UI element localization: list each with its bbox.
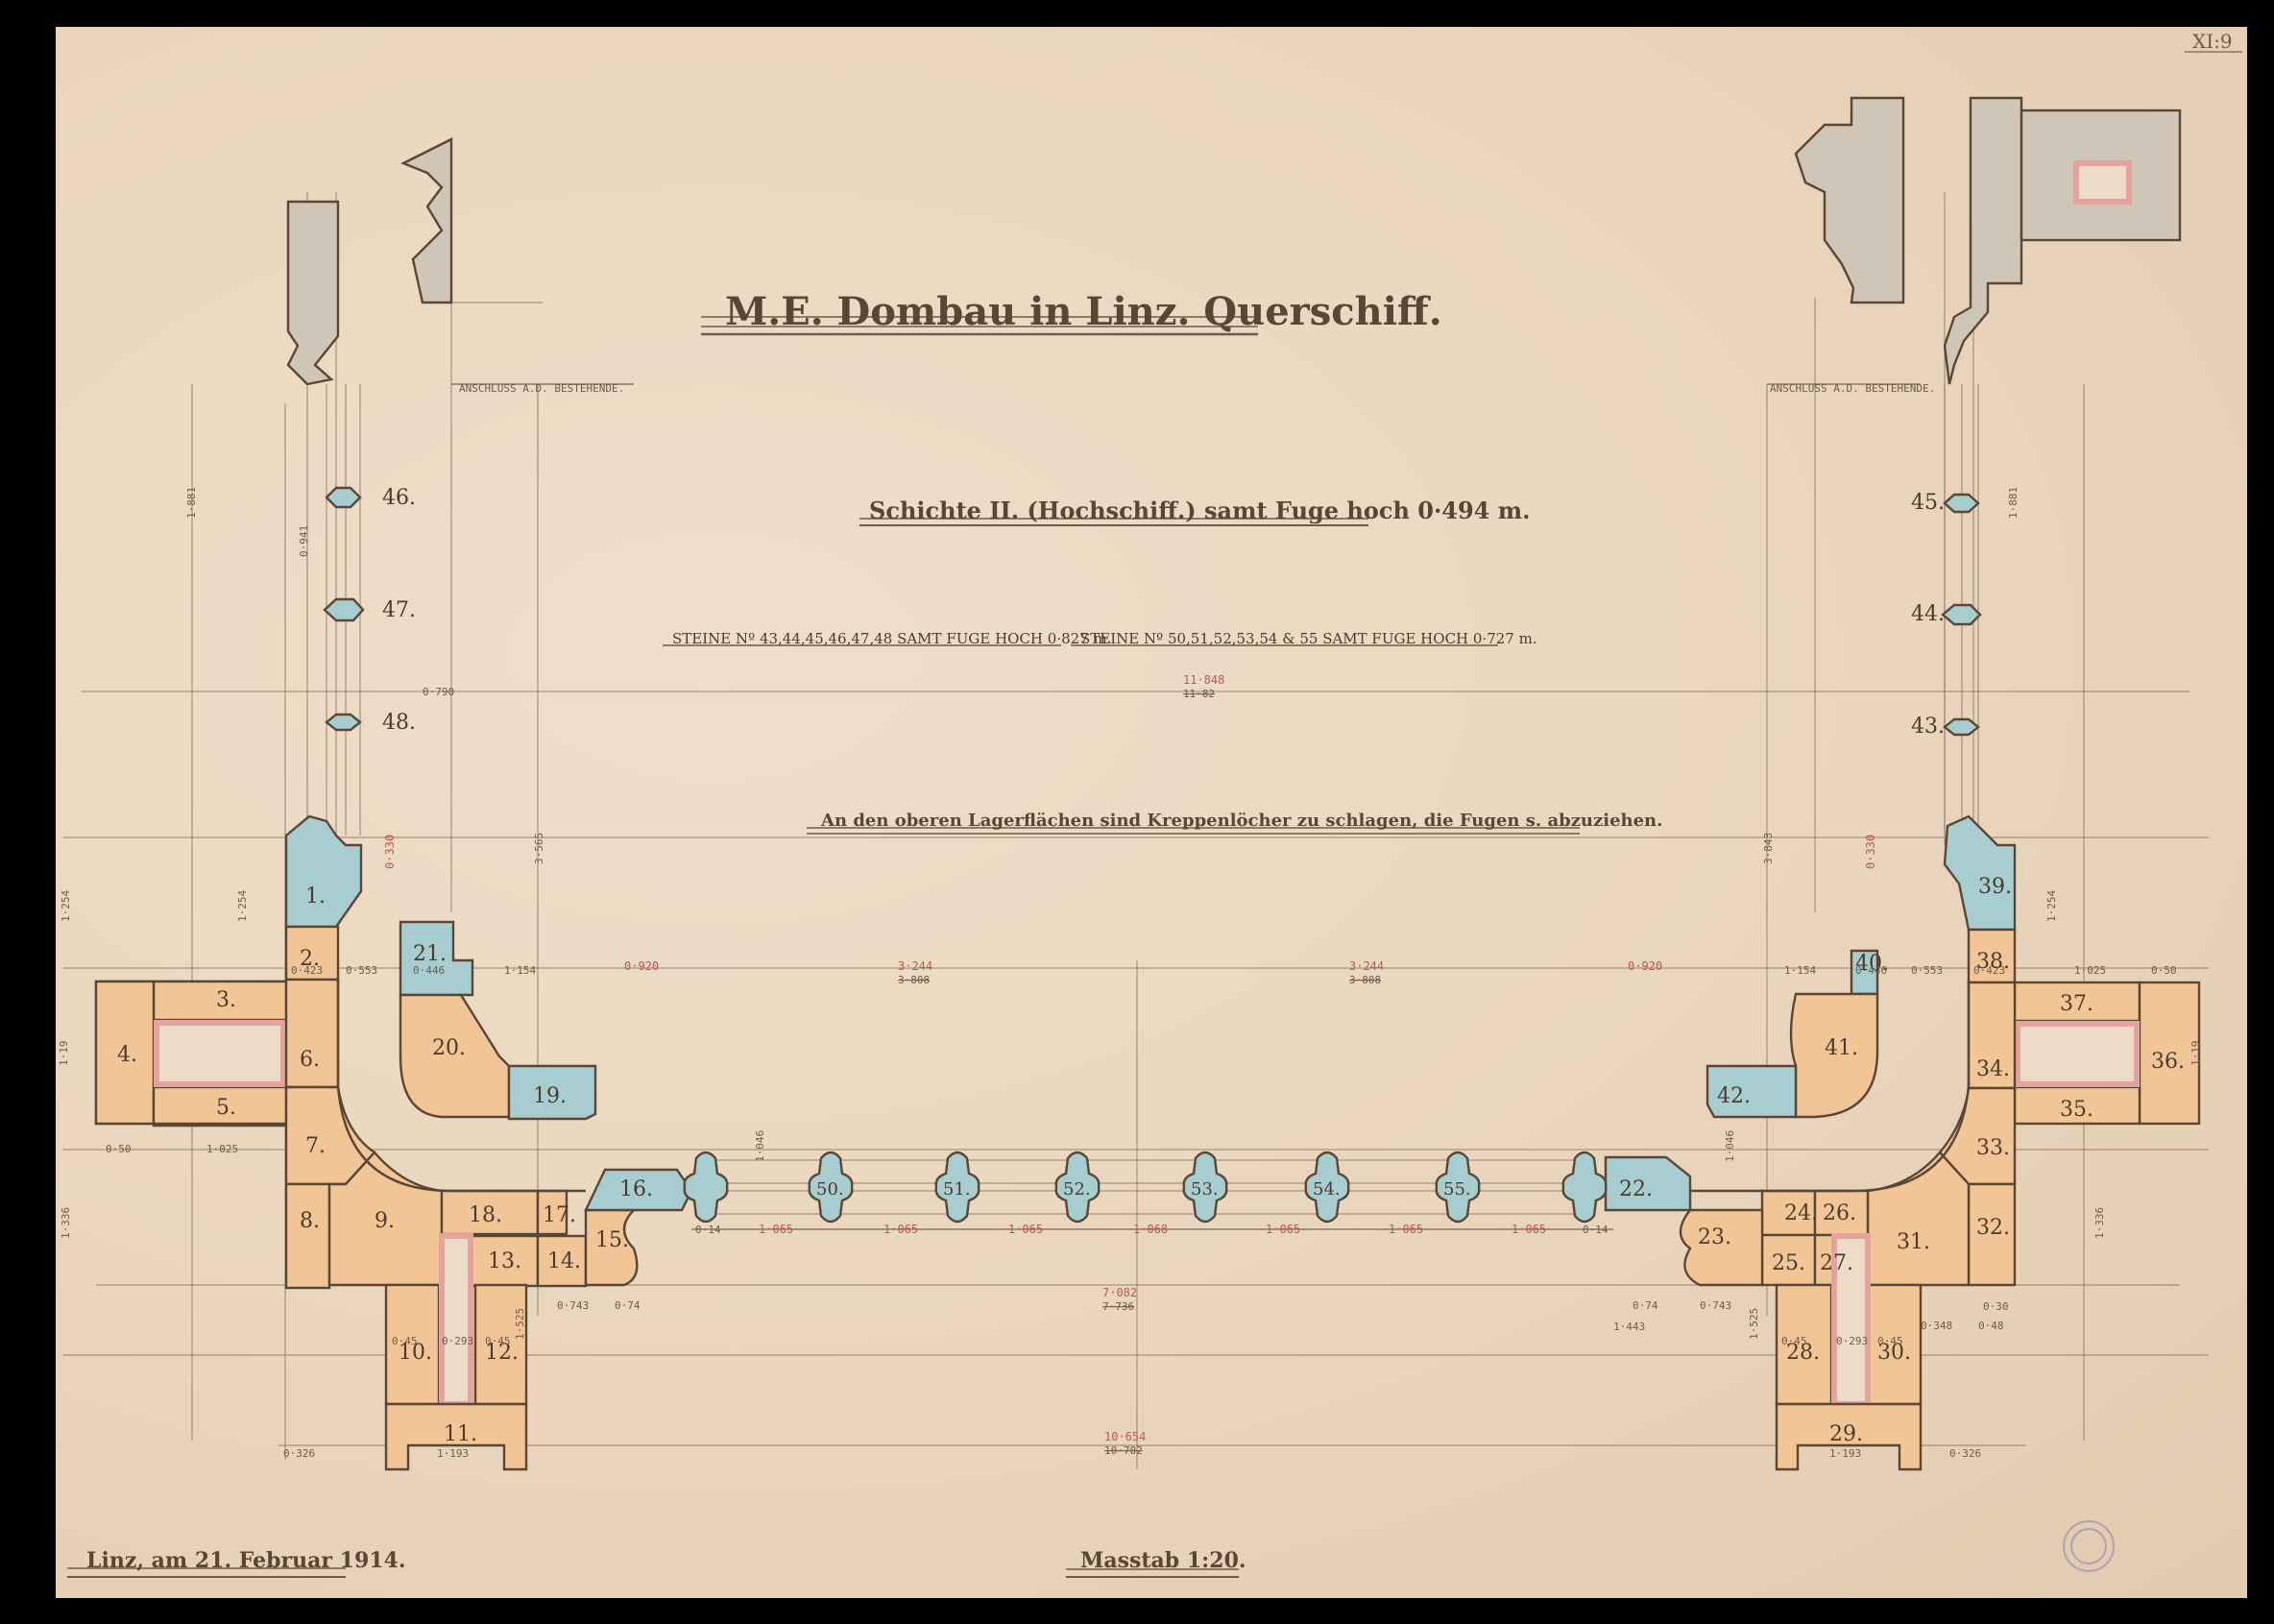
svg-text:7.: 7.	[305, 1134, 326, 1158]
svg-text:0·14: 0·14	[695, 1224, 721, 1236]
svg-text:14.: 14.	[547, 1249, 581, 1273]
svg-text:0·45: 0·45	[1781, 1335, 1807, 1347]
svg-text:29.: 29.	[1829, 1422, 1863, 1446]
stone-31	[1868, 1152, 1969, 1285]
svg-text:0·423: 0·423	[1973, 964, 2005, 977]
svg-text:24.: 24.	[1784, 1201, 1818, 1225]
svg-text:1·154: 1·154	[1784, 964, 1816, 977]
svg-text:21.: 21.	[413, 942, 447, 966]
svg-text:11·82: 11·82	[1183, 688, 1215, 700]
upper-stones-right: 45. 44. 43. 1·881	[1911, 384, 2020, 836]
svg-text:0·920: 0·920	[624, 959, 659, 973]
svg-text:3·808: 3·808	[898, 974, 930, 986]
svg-text:32.: 32.	[1976, 1216, 2010, 1240]
svg-text:0·74: 0·74	[615, 1299, 641, 1312]
svg-text:15.: 15.	[595, 1228, 629, 1252]
existing-structure-left: ANSCHLUSS A.D. BESTEHENDE.	[288, 139, 634, 395]
svg-text:1·065: 1·065	[883, 1223, 918, 1236]
svg-text:1·19: 1·19	[2189, 1041, 2202, 1067]
svg-text:1·193: 1·193	[437, 1447, 469, 1460]
svg-text:1·025: 1·025	[2074, 964, 2106, 977]
svg-text:0·553: 0·553	[346, 964, 377, 977]
stone-44-label: 44.	[1911, 602, 1945, 626]
architectural-plan: XI:9 M.E. Dombau in Linz. Querschiff. Sc…	[0, 0, 2274, 1624]
svg-text:35.: 35.	[2060, 1098, 2093, 1122]
svg-text:0·74: 0·74	[1633, 1299, 1658, 1312]
svg-text:0·30: 0·30	[1983, 1300, 2009, 1313]
stone-39	[1945, 816, 2015, 930]
right-pier: 39. 38. 37. 36. 35. 34. 33. 32. 31. 24. …	[1606, 816, 2199, 1469]
svg-text:31.: 31.	[1897, 1230, 1930, 1254]
connection-label-right: ANSCHLUSS A.D. BESTEHENDE.	[1770, 382, 1935, 395]
sheet-number: XI:9	[2192, 30, 2233, 53]
svg-text:37.: 37.	[2060, 992, 2093, 1016]
void-center-left	[442, 1236, 471, 1404]
svg-text:1·068: 1·068	[1133, 1223, 1168, 1236]
svg-text:13.: 13.	[488, 1249, 521, 1273]
svg-text:27.: 27.	[1820, 1251, 1853, 1275]
stone-52-label: 52.	[1063, 1179, 1091, 1200]
svg-text:1·254: 1·254	[2045, 890, 2058, 922]
svg-text:0·45: 0·45	[392, 1335, 418, 1347]
svg-text:0·790: 0·790	[423, 686, 454, 698]
svg-text:0·50: 0·50	[2151, 964, 2177, 977]
stone-48-label: 48.	[382, 711, 416, 735]
svg-text:0·920: 0·920	[1628, 959, 1662, 973]
svg-text:10·654: 10·654	[1104, 1430, 1146, 1443]
svg-text:1·254: 1·254	[236, 890, 249, 922]
svg-text:36.: 36.	[2151, 1050, 2185, 1074]
svg-text:3·244: 3·244	[1349, 959, 1384, 973]
svg-text:18.: 18.	[469, 1203, 502, 1227]
stone-51-label: 51.	[943, 1179, 971, 1200]
svg-text:33.: 33.	[1976, 1136, 2010, 1160]
svg-text:0·423: 0·423	[291, 964, 323, 977]
void-left	[157, 1023, 283, 1084]
svg-text:1·065: 1·065	[1008, 1223, 1043, 1236]
svg-text:1·025: 1·025	[206, 1143, 238, 1155]
svg-text:20.: 20.	[432, 1036, 466, 1060]
svg-text:0·446: 0·446	[1855, 964, 1887, 977]
stone-45-label: 45.	[1911, 491, 1945, 515]
connection-label-left: ANSCHLUSS A.D. BESTEHENDE.	[459, 382, 624, 395]
drawing-title: M.E. Dombau in Linz. Querschiff.	[725, 289, 1442, 334]
svg-text:19.: 19.	[533, 1084, 567, 1108]
svg-text:41.: 41.	[1825, 1036, 1858, 1060]
svg-text:0·326: 0·326	[283, 1447, 315, 1460]
svg-text:16.: 16.	[619, 1177, 653, 1201]
svg-text:0·48: 0·48	[1978, 1320, 2004, 1332]
stone-47-label: 47.	[382, 598, 416, 622]
svg-text:0·14: 0·14	[1583, 1224, 1609, 1236]
svg-text:0·45: 0·45	[1877, 1335, 1903, 1347]
stones-note-right: STEINE Nº 50,51,52,53,54 & 55 SAMT FUGE …	[1080, 630, 1537, 647]
svg-text:1·065: 1·065	[1266, 1223, 1300, 1236]
svg-text:10·702: 10·702	[1104, 1444, 1143, 1457]
svg-text:0·50: 0·50	[106, 1143, 132, 1155]
stones-note-left: STEINE Nº 43,44,45,46,47,48 SAMT FUGE HO…	[672, 630, 1111, 647]
svg-text:3·565: 3·565	[533, 833, 545, 864]
svg-text:3.: 3.	[216, 988, 236, 1012]
left-pier: 1. 2. 3. 4. 5. 6. 7. 8. 9. 10. 11. 12. 1…	[96, 816, 691, 1469]
svg-text:1·525: 1·525	[1748, 1308, 1760, 1340]
svg-text:1·254: 1·254	[60, 890, 72, 922]
svg-text:0·45: 0·45	[485, 1335, 511, 1347]
svg-text:8.: 8.	[300, 1209, 320, 1233]
svg-text:0·293: 0·293	[1836, 1335, 1868, 1347]
svg-text:1·336: 1·336	[2093, 1207, 2106, 1239]
svg-text:7·082: 7·082	[1102, 1286, 1137, 1299]
svg-text:4.: 4.	[117, 1043, 137, 1067]
svg-text:3·244: 3·244	[898, 959, 932, 973]
svg-text:0·330: 0·330	[383, 835, 397, 869]
svg-text:26.: 26.	[1823, 1201, 1856, 1225]
instruction-note: An den oberen Lagerflächen sind Kreppenl…	[820, 811, 1662, 831]
svg-text:1·065: 1·065	[1512, 1223, 1546, 1236]
overall-width-red: 11·848	[1183, 673, 1224, 687]
svg-text:0·326: 0·326	[1949, 1447, 1981, 1460]
svg-text:0·348: 0·348	[1921, 1320, 1952, 1332]
upper-stones-left: 46. 47. 48. 0·941 1·881 0·790	[185, 384, 454, 836]
svg-text:25.: 25.	[1772, 1251, 1805, 1275]
svg-text:3·843: 3·843	[1762, 833, 1775, 864]
svg-text:34.: 34.	[1976, 1057, 2010, 1081]
stone-43-label: 43.	[1911, 715, 1945, 739]
svg-text:1·881: 1·881	[185, 487, 198, 519]
svg-text:9.: 9.	[375, 1209, 395, 1233]
svg-text:7·736: 7·736	[1102, 1300, 1134, 1313]
svg-text:0·446: 0·446	[413, 964, 445, 977]
svg-text:22.: 22.	[1619, 1177, 1653, 1201]
svg-text:0·330: 0·330	[1864, 835, 1877, 869]
svg-text:1·881: 1·881	[2007, 487, 2020, 519]
svg-text:0·743: 0·743	[1700, 1299, 1731, 1312]
svg-text:1·065: 1·065	[759, 1223, 793, 1236]
stone-8	[286, 1184, 329, 1288]
svg-text:1·443: 1·443	[1613, 1321, 1645, 1333]
svg-text:1·046: 1·046	[754, 1130, 766, 1162]
svg-text:39.: 39.	[1978, 875, 2012, 899]
svg-text:5.: 5.	[216, 1096, 236, 1120]
stone-46-label: 46.	[382, 486, 416, 510]
svg-text:1·046: 1·046	[1724, 1130, 1736, 1162]
dimension-annotations: 11·848 11·82 3·244 3·808 3·244 3·808 0·9…	[58, 673, 2202, 1460]
svg-text:23.: 23.	[1698, 1225, 1731, 1249]
place-date: Linz, am 21. Februar 1914.	[86, 1548, 406, 1573]
svg-text:1.: 1.	[305, 885, 326, 909]
void-right	[2018, 1024, 2137, 1084]
svg-text:0·743: 0·743	[557, 1299, 589, 1312]
layer-subtitle: Schichte II. (Hochschiff.) samt Fuge hoc…	[869, 497, 1531, 524]
stone-53-label: 53.	[1191, 1179, 1219, 1200]
svg-text:11.: 11.	[444, 1422, 477, 1446]
svg-text:42.: 42.	[1717, 1084, 1751, 1108]
svg-text:0·941: 0·941	[298, 525, 310, 557]
svg-text:1·525: 1·525	[514, 1308, 526, 1340]
svg-text:1·19: 1·19	[58, 1041, 70, 1067]
stone-1	[286, 816, 361, 927]
central-stone-row: 50. 51. 52. 53. 54. 55. 0·14 1·065 1·065…	[685, 1152, 1613, 1236]
stone-50-label: 50.	[816, 1179, 844, 1200]
svg-text:1·336: 1·336	[60, 1207, 72, 1239]
archive-stamp-inner	[2071, 1529, 2106, 1563]
svg-text:1·065: 1·065	[1389, 1223, 1423, 1236]
svg-text:3·808: 3·808	[1349, 974, 1381, 986]
svg-text:1·193: 1·193	[1829, 1447, 1861, 1460]
stone-55-label: 55.	[1443, 1179, 1471, 1200]
scale-label: Masstab 1:20.	[1080, 1548, 1246, 1573]
svg-text:1·154: 1·154	[504, 964, 536, 977]
svg-text:0·553: 0·553	[1911, 964, 1943, 977]
svg-text:17.: 17.	[543, 1203, 576, 1227]
svg-text:0·293: 0·293	[442, 1335, 473, 1347]
svg-text:6.: 6.	[300, 1048, 320, 1072]
stone-54-label: 54.	[1313, 1179, 1341, 1200]
